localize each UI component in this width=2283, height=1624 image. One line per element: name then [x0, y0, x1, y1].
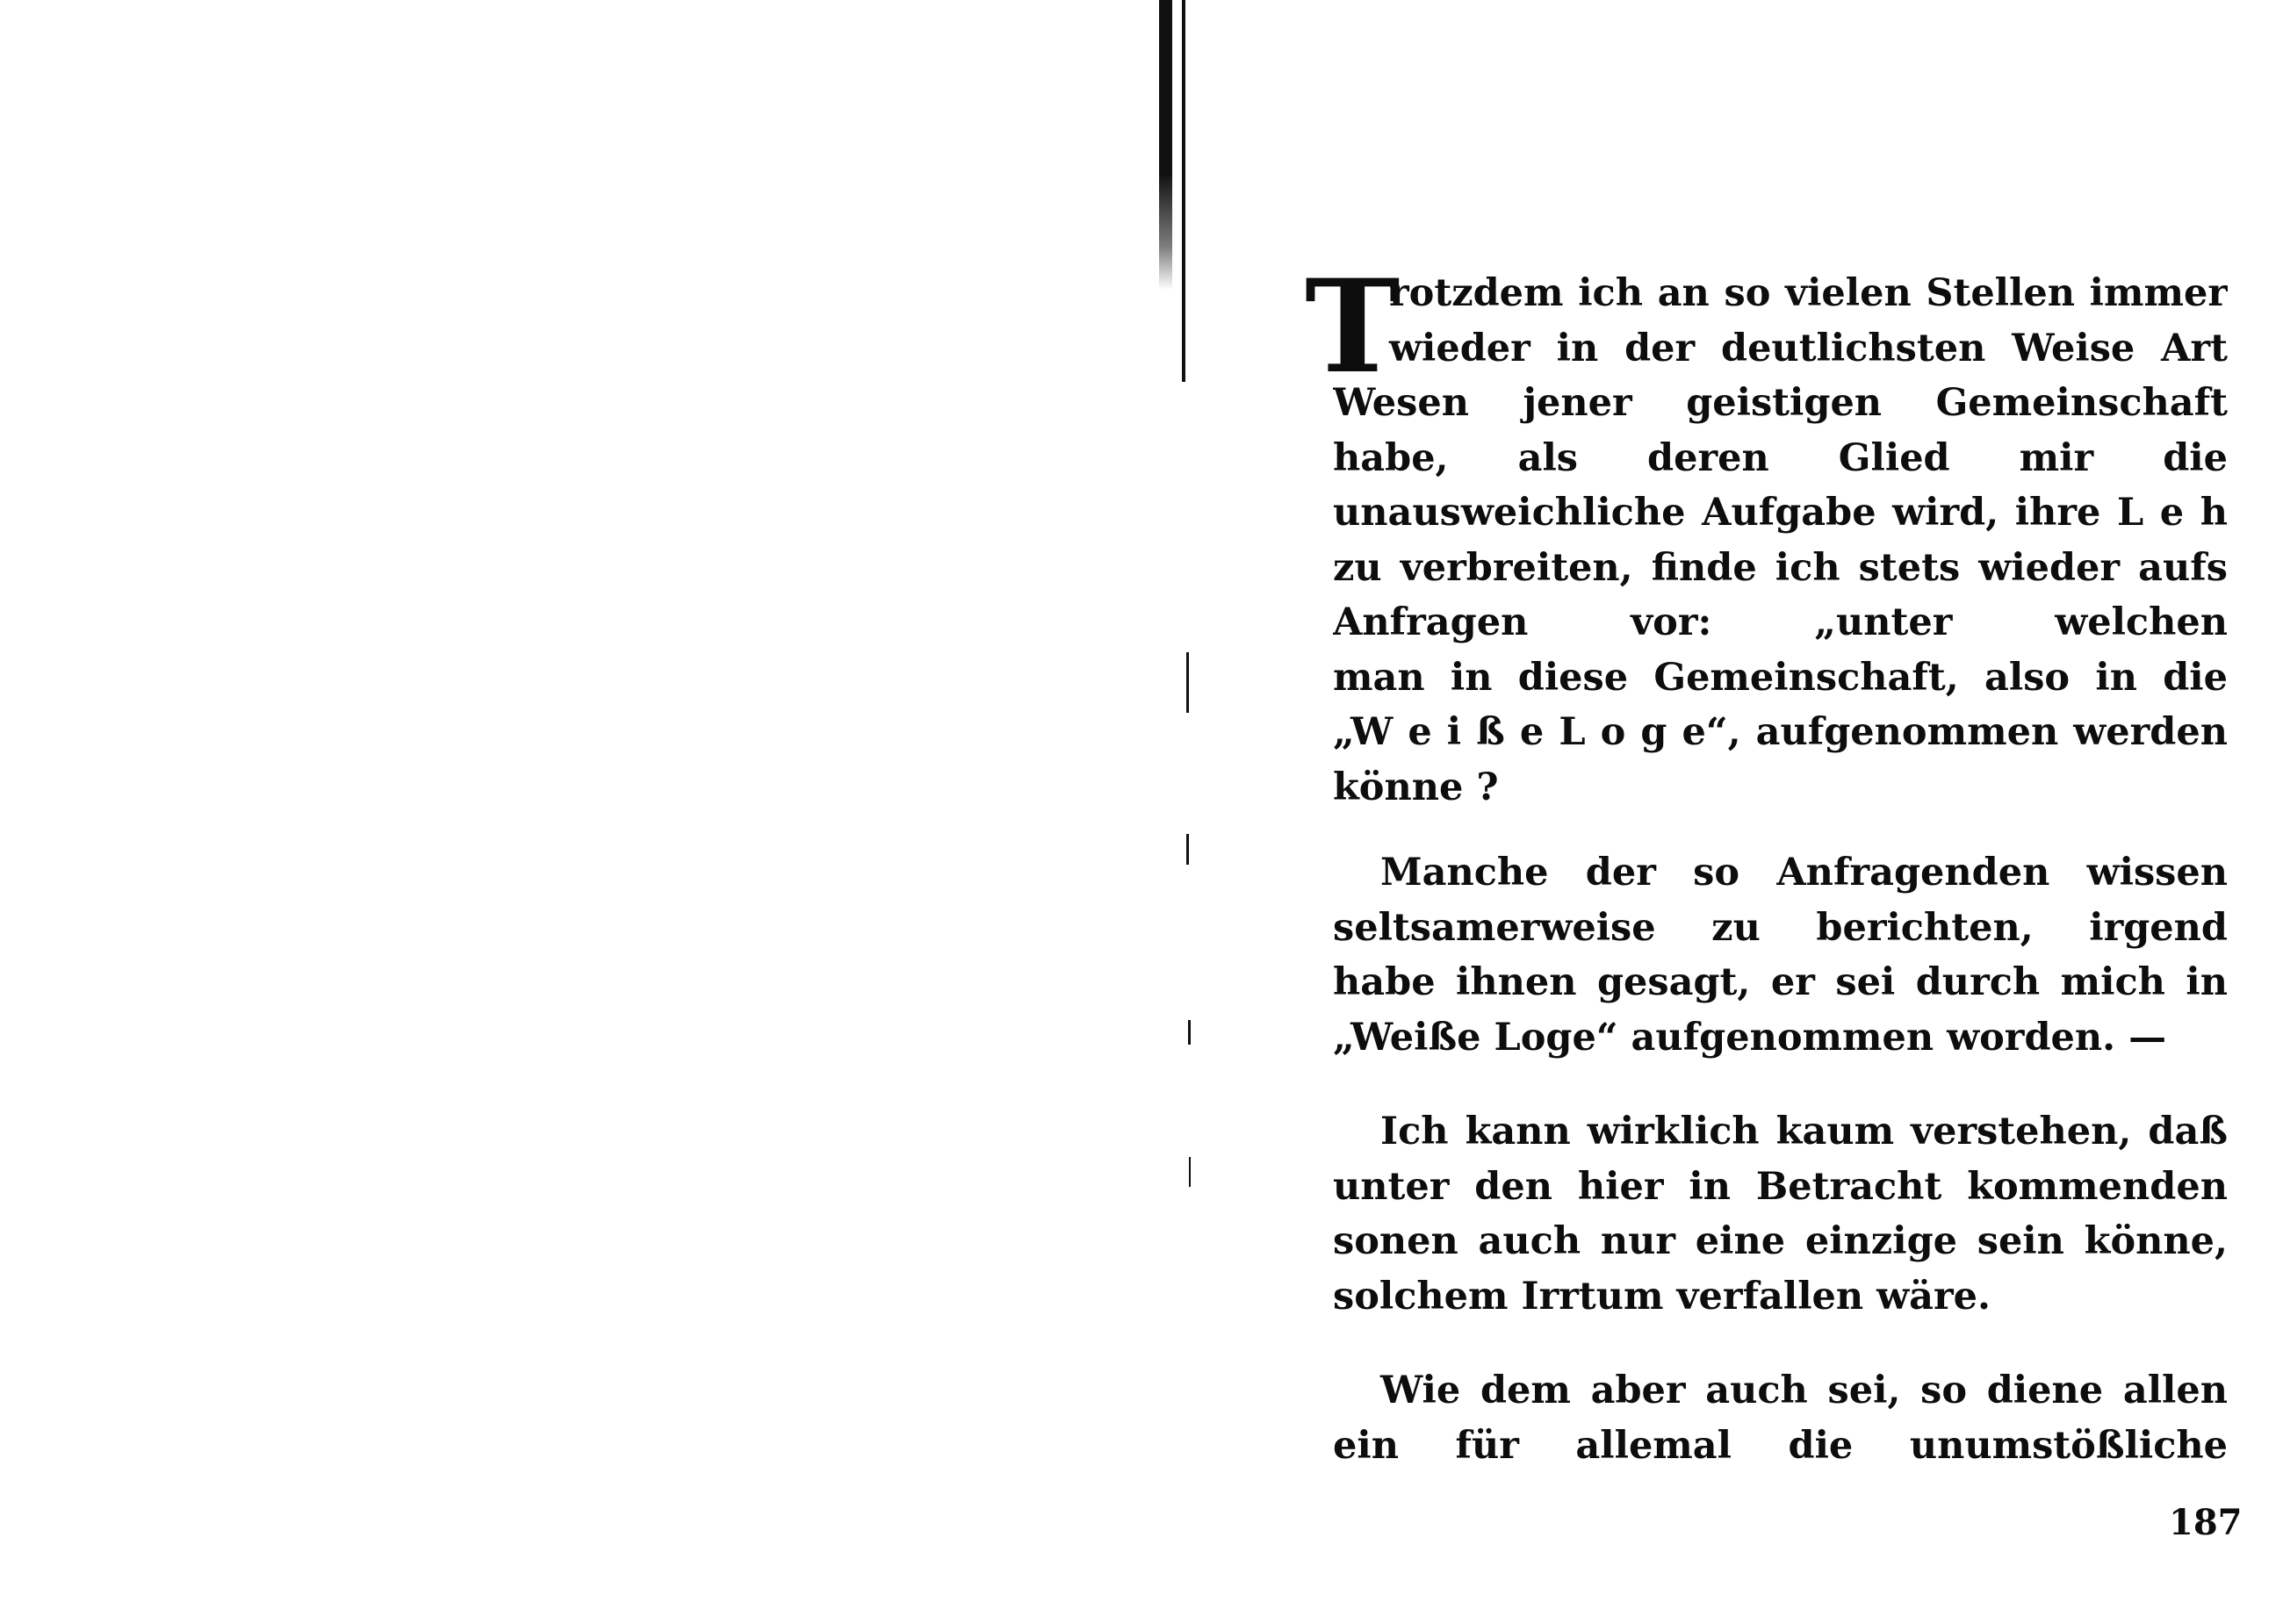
text-line: zu verbreiten, finde ich stets wieder au…: [1333, 541, 2228, 596]
book-gutter-shadow: [1159, 0, 1172, 290]
text-line: habe ihnen gesagt, er sei durch mich in …: [1333, 955, 2228, 1010]
paragraph: Wie dem aber auch sei, so diene allen hi…: [1333, 1363, 2228, 1473]
gutter-line: [1182, 0, 1185, 382]
text-line: Manche der so Anfragenden wissen auch: [1333, 845, 2228, 901]
text-line: unter den hier in Betracht kommenden Per…: [1333, 1160, 2228, 1215]
gutter-line: [1186, 834, 1189, 865]
text-line: sonen auch nur eine einzige sein könne, …: [1333, 1214, 2228, 1269]
left-page-blank: [0, 0, 1159, 1624]
text-line: ein für allemal die unumstößliche Festst…: [1333, 1419, 2228, 1474]
text-line: rotzdem ich an so vielen Stellen immer: [1333, 266, 2228, 321]
paragraph: Ich kann wirklich kaum verstehen, daß un…: [1333, 1104, 2228, 1324]
text-line: solchem Irrtum verfallen wäre.: [1333, 1269, 2228, 1325]
text-line: seltsamerweise zu berichten, irgend jema…: [1333, 901, 2228, 956]
text-line: Wie dem aber auch sei, so diene allen hi…: [1333, 1363, 2228, 1419]
text-line: „Weiße Loge“ aufgenommen worden. —: [1333, 1010, 2228, 1066]
text-line: „W e i ß e L o g e“, aufgenommen werden: [1333, 705, 2228, 760]
text-line: Ich kann wirklich kaum verstehen, daß: [1333, 1104, 2228, 1160]
text-line: habe, als deren Glied mir die geistgegeb…: [1333, 431, 2228, 486]
paragraph: rotzdem ich an so vielen Stellen immer w…: [1333, 266, 2228, 815]
paragraph: Manche der so Anfragenden wissen auch se…: [1333, 845, 2228, 1065]
text-line: könne ?: [1333, 760, 2228, 816]
text-line: man in diese Gemeinschaft, also in die: [1333, 650, 2228, 706]
page-number: 187: [2169, 1501, 2228, 1545]
gutter-line: [1186, 652, 1189, 713]
text-line: unausweichliche Aufgabe wird, ihre L e h…: [1333, 485, 2228, 541]
text-line: Wesen jener geistigen Gemeinschaft erört…: [1333, 376, 2228, 431]
text-line: wieder in der deutlichsten Weise Art und: [1333, 321, 2228, 377]
text-line: Anfragen vor: „unter welchen Bedingungen…: [1333, 595, 2228, 650]
